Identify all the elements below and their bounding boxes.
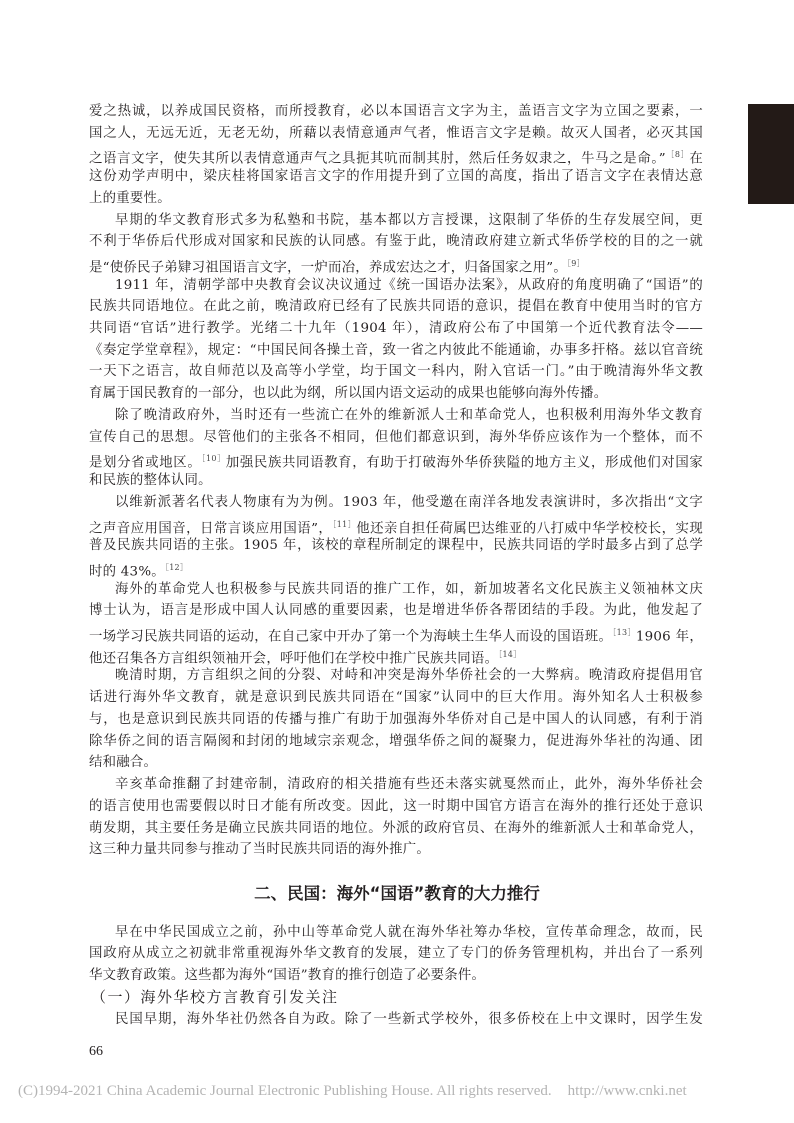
text-line: 一天下之语言，故自师范以及高等小学堂，均于国文一科内，附入官话一门。”由于晚清海… (89, 362, 703, 382)
paragraph-first-line: 海外的革命党人也积极参与民族共同语的推广工作，如，新加坡著名文化民族主义领袖林文… (115, 580, 703, 600)
text-line: 育属于国民教育的一部分，也以此为纲，所以国内语文运动的成果也能够向海外传播。 (89, 384, 703, 404)
text-line: 之声音应用国音，日常言谈应用国语”，［11］他还亲自担任荷属巴达维亚的八打威中华… (89, 515, 703, 535)
text-line: 不利于华侨后代形成对国家和民族的认同感。有鉴于此，晚清政府建立新式华侨学校的目的… (89, 232, 703, 252)
citation-8: ［8］ (666, 150, 690, 159)
text-line: 爱之热诚，以养成国民资格，而所授教育，必以本国语言文字为主，盖语言文字为立国之要… (89, 102, 703, 122)
paragraph-first-line: 民国早期，海外华社仍然各自为政。除了一些新式学校外，很多侨校在上中文课时，因学生… (115, 1010, 703, 1030)
line-text-after: 加强民族共同语教育，有助于打破海外华侨狭隘的地方主义，形成他们对国家 (226, 455, 703, 470)
paragraph-first-line: 1911 年，清朝学部中央教育会议决议通过《统一国语办法案》，从政府的角度明确了… (115, 276, 703, 296)
text-line: 这份劝学声明中，梁庆桂将国家语言文字的作用提升到了立国的高度，指出了语言文字在表… (89, 167, 703, 187)
text-line: 国之人，无远无近，无老无幼，所藉以表情意通声气者，惟语言文字是赖。故灭人国者，必… (89, 124, 703, 144)
footer-url[interactable]: http://www.cnki.net (568, 1083, 687, 1099)
line-text-after: 在 (689, 151, 703, 166)
paragraph-first-line: 辛亥革命推翻了封建帝制，清政府的相关措施有些还未落实就戛然而止，此外，海外华侨社… (115, 775, 703, 795)
text-line: 是划分省或地区。［10］加强民族共同语教育，有助于打破海外华侨狭隘的地方主义，形… (89, 449, 703, 469)
chapter-side-tab (748, 104, 794, 204)
paragraph-first-line: 晚清时期，方言组织之间的分裂、对峙和冲突是海外华侨社会的一大弊病。晚清政府提倡用… (115, 666, 703, 686)
line-text: 之语言文字，使失其所以表情意通声气之具扼其吭而制其肘，然后任务奴隶之，牛马之是命… (89, 151, 666, 166)
text-line: 除华侨之间的语言隔阂和封闭的地域宗亲观念，增强华侨之间的凝聚力，促进海外华社的沟… (89, 732, 703, 752)
line-text-after: 他还亲自担任荷属巴达维亚的八打威中华学校校长，实现 (356, 521, 703, 536)
text-line: 话进行海外华文教育，就是意识到民族共同语在“国家”认同中的巨大作用。海外知名人士… (89, 688, 703, 708)
copyright-footer: (C)1994-2021 China Academic Journal Elec… (18, 1083, 687, 1100)
line-text: 之声音应用国音，日常言谈应用国语”， (89, 521, 332, 536)
text-line: 华文教育政策。这些都为海外“国语”教育的推行创造了必要条件。 (89, 966, 703, 986)
paragraph-first-line: 早在中华民国成立之前，孙中山等革命党人就在海外华社筹办华校，宣传革命理念，故而，… (115, 923, 703, 943)
text-line: 的语言使用也需要假以时日才能有所改变。因此，这一时期中国官方语言在海外的推行还处… (89, 797, 703, 817)
text-line: 共同语“官话”进行教学。光绪二十九年（1904 年），清政府公布了中国第一个近代… (89, 319, 703, 339)
text-line: 之语言文字，使失其所以表情意通声气之具扼其吭而制其肘，然后任务奴隶之，牛马之是命… (89, 145, 703, 165)
citation-9: ［9］ (567, 259, 585, 268)
citation-12: ［12］ (165, 563, 188, 572)
text-line: 国政府从成立之初就非常重视海外华文教育的发展，建立了专门的侨务管理机构，并出台了… (89, 944, 703, 964)
citation-10: ［10］ (201, 454, 225, 463)
line-text: 是划分省或地区。 (89, 455, 201, 470)
citation-11: ［11］ (332, 520, 356, 529)
section-heading: 二、民国：海外“国语”教育的大力推行 (0, 882, 794, 906)
journal-page: 爱之热诚，以养成国民资格，而所授教育，必以本国语言文字为主，盖语言文字为立国之要… (0, 0, 794, 1123)
text-line: 这三种力量共同参与推动了当时民族共同语的海外推广。 (89, 840, 703, 860)
text-line: 是“使侨民子弟肄习祖国语言文字，一炉而冶，养成宏达之才，归备国家之用”。［9］ (89, 254, 703, 274)
text-line: 民族共同语地位。在此之前，晚清政府已经有了民族共同语的意识，提倡在教育中使用当时… (89, 297, 703, 317)
line-text: 时的 43%。 (89, 564, 165, 579)
text-line: 萌发期，其主要任务是确立民族共同语的地位。外派的政府官员、在海外的维新派人士和革… (89, 819, 703, 839)
text-line: 宣传自己的思想。尽管他们的主张各不相同，但他们都意识到，海外华侨应该作为一个整体… (89, 428, 703, 448)
line-text-after: 1906 年， (636, 629, 703, 644)
paragraph-first-line: 以维新派著名代表人物康有为为例。1903 年，他受邀在南洋各地发表演讲时，多次指… (115, 493, 703, 513)
text-line: 他还召集各方言组织领袖开会，呼吁他们在学校中推广民族共同语。［14］ (89, 645, 703, 665)
paragraph-first-line: 除了晚清政府外，当时还有一些流亡在外的维新派人士和革命党人，也积极利用海外华文教… (115, 406, 703, 426)
paragraph-first-line: 早期的华文教育形式多为私塾和书院，基本都以方言授课，这限制了华侨的生存发展空间，… (115, 211, 703, 231)
copyright-text: (C)1994-2021 China Academic Journal Elec… (18, 1083, 552, 1099)
text-line: 《奏定学堂章程》，规定：“中国民间各操土音，致一省之内彼此不能通谕，办事多扞格。… (89, 341, 703, 361)
citation-13: ［13］ (612, 628, 636, 637)
page-number: 66 (89, 1044, 103, 1060)
text-line: 结和融合。 (89, 753, 703, 773)
text-line: 博士认为，语言是形成中国人认同感的重要因素，也是增进华侨各帮团结的手段。为此，他… (89, 601, 703, 621)
subsection-heading: （一）海外华校方言教育引发关注 (91, 986, 339, 1008)
line-text: 他还召集各方言组织领袖开会，呼吁他们在学校中推广民族共同语。 (89, 651, 498, 666)
text-line: 与，也是意识到民族共同语的传播与推广有助于加强海外华侨对自己是中国人的认同感，有… (89, 710, 703, 730)
text-line: 上的重要性。 (89, 189, 703, 209)
text-line: 时的 43%。［12］ (89, 558, 703, 578)
citation-14: ［14］ (498, 650, 521, 659)
text-line: 普及民族共同语的主张。1905 年，该校的章程所制定的课程中，民族共同语的学时最… (89, 536, 703, 556)
line-text: 一场学习民族共同语的运动，在自己家中开办了第一个为海峡土生华人而设的国语班。 (89, 629, 612, 644)
text-line: 和民族的整体认同。 (89, 471, 703, 491)
line-text: 是“使侨民子弟肄习祖国语言文字，一炉而冶，养成宏达之才，归备国家之用”。 (89, 260, 567, 275)
text-line: 一场学习民族共同语的运动，在自己家中开办了第一个为海峡土生华人而设的国语班。［1… (89, 623, 703, 643)
